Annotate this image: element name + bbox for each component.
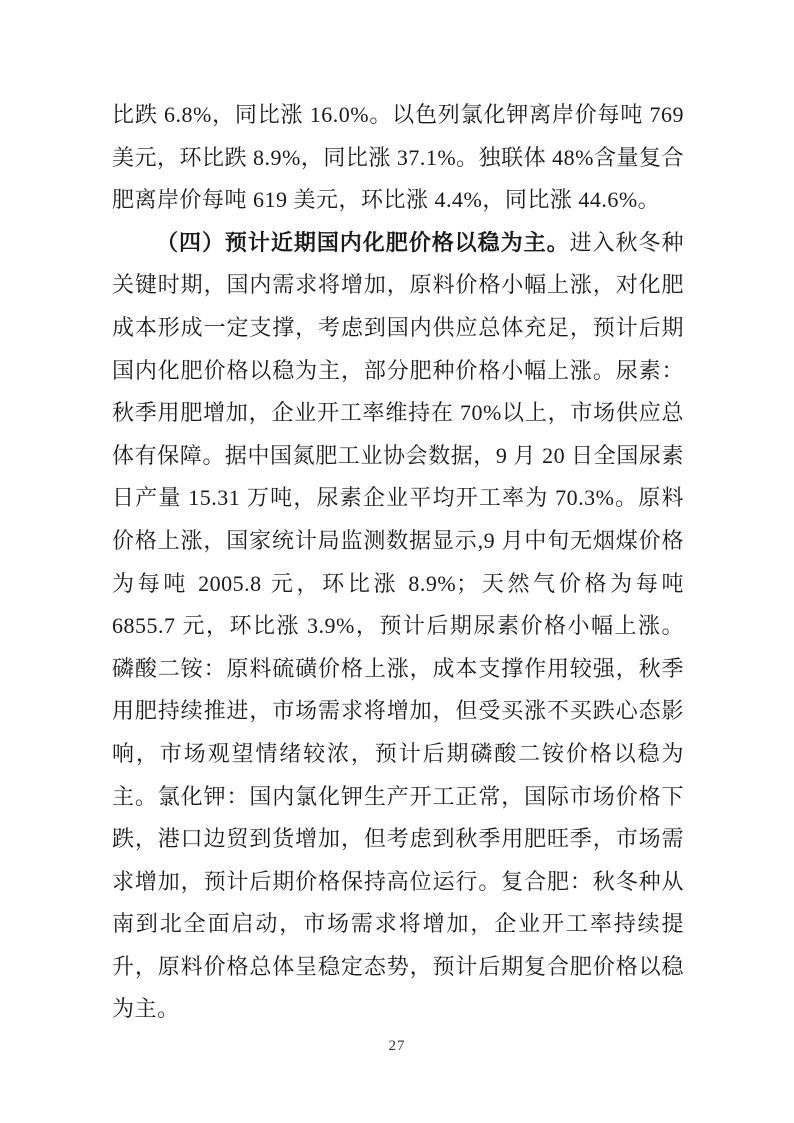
section-4-heading: （四）预计近期国内化肥价格以稳为主。 [156,230,570,255]
document-page: 比跌 6.8%，同比涨 16.0%。以色列氯化钾离岸价每吨 769 美元，环比跌… [0,0,794,1123]
paragraph-section-4: （四）预计近期国内化肥价格以稳为主。进入秋冬种关键时期，国内需求将增加，原料价格… [112,222,684,1031]
section-4-body: 进入秋冬种关键时期，国内需求将增加，原料价格小幅上涨，对化肥成本形成一定支撑，考… [112,230,684,1022]
paragraph-continuation: 比跌 6.8%，同比涨 16.0%。以色列氯化钾离岸价每吨 769 美元，环比跌… [112,94,684,222]
page-number: 27 [0,1038,794,1055]
page-body-text: 比跌 6.8%，同比涨 16.0%。以色列氯化钾离岸价每吨 769 美元，环比跌… [112,94,684,1031]
